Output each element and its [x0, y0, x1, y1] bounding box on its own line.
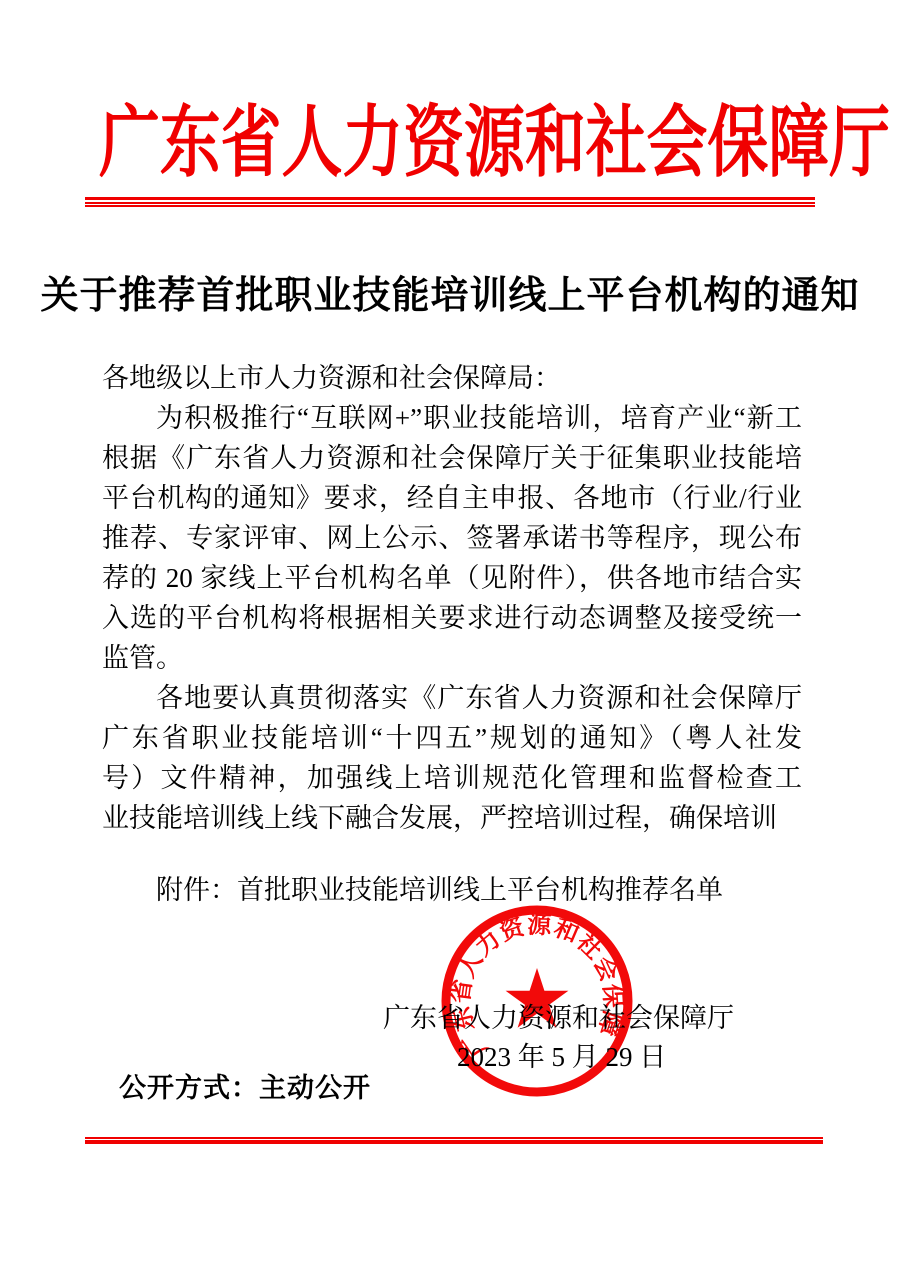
body-line: 推荐、专家评审、网上公示、签署承诺书等程序，现公布首批推: [102, 518, 802, 558]
document-body: 各地级以上市人力资源和社会保障局： 为积极推行“互联网+”职业技能培训，培育产业…: [102, 358, 802, 910]
body-line: 入选的平台机构将根据相关要求进行动态调整及接受统一信息化: [102, 598, 802, 638]
letterhead-rule-line: [85, 205, 815, 207]
seal-arc-text: 广东省人力资源和社会保障厅: [437, 901, 628, 1062]
letterhead-rule: [85, 197, 815, 207]
body-line: 平台机构的通知》要求，经自主申报、各地市（行业/行业协会）: [102, 478, 802, 518]
body-line: 号）文件精神，加强线上培训规范化管理和监督检查工作，推进职: [102, 758, 802, 798]
document-title: 关于推荐首批职业技能培训线上平台机构的通知: [0, 272, 900, 321]
salutation-line: 各地级以上市人力资源和社会保障局：: [102, 358, 802, 398]
body-line: 根据《广东省人力资源和社会保障厅关于征集职业技能培训线上: [102, 438, 802, 478]
body-line: 业技能培训线上线下融合发展，严控培训过程，确保培训质量。: [102, 798, 802, 838]
body-line: 各地要认真贯彻落实《广东省人力资源和社会保障厅关于印发: [102, 678, 802, 718]
body-line: 荐的 20 家线上平台机构名单（见附件），供各地市结合实际选用。: [102, 558, 802, 598]
disclosure-line: 公开方式：主动公开: [119, 1066, 371, 1105]
footer-rule: [85, 1137, 823, 1144]
footer-rule-line: [85, 1140, 823, 1144]
letterhead-org-title: 广东省人力资源和社会保障厅: [99, 94, 801, 192]
seal-star-icon: [506, 968, 569, 1028]
official-seal: 广东省人力资源和社会保障厅: [437, 901, 637, 1101]
body-line: 为积极推行“互联网+”职业技能培训，培育产业“新工匠”，: [102, 398, 802, 438]
document-page: 广东省人力资源和社会保障厅 关于推荐首批职业技能培训线上平台机构的通知 各地级以…: [0, 0, 900, 1273]
body-line: 监管。: [102, 638, 802, 678]
body-line: 广东省职业技能培训“十四五”规划的通知》（粤人社发〔2021〕45: [102, 718, 802, 758]
